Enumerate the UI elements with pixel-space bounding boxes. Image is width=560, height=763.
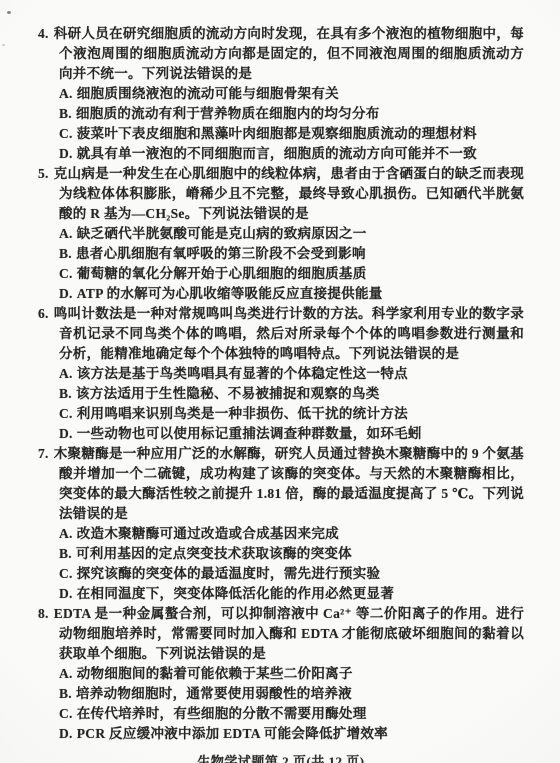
option-d: D.一些动物也可以使用标记重捕法调查种群数量，如环毛蚓: [59, 424, 524, 444]
option-text: 患者心肌细胞有氧呼吸的第三阶段不会受到影响: [76, 246, 366, 261]
option-d: D.PCR 反应缓冲液中添加 EDTA 可能会降低扩增效率: [59, 724, 524, 744]
option-a: A.改造木聚糖酶可通过改造或合成基因来完成: [59, 524, 524, 544]
option-label: D.: [59, 726, 77, 741]
option-label: B.: [59, 546, 76, 561]
option-label: C.: [59, 126, 77, 141]
option-text: 利用鸣唱来识别鸟类是一种非损伤、低干扰的统计方法: [77, 406, 408, 421]
question-6: 6.鸣叫计数法是一种对常规鸣叫鸟类进行计数的方法。科学家利用专业的数字录音机记录…: [38, 304, 524, 444]
option-d: D.ATP 的水解可为心肌收缩等吸能反应直接提供能量: [59, 284, 524, 304]
option-text: 在传代培养时，有些细胞的分散不需要用酶处理: [77, 706, 367, 721]
question-stem-text: 鸣叫计数法是一种对常规鸣叫鸟类进行计数的方法。科学家利用专业的数字录音机记录不同…: [54, 306, 524, 361]
question-8: 8.EDTA 是一种金属螯合剂，可以抑制溶液中 Ca²⁺ 等二价阳离子的作用。进…: [38, 604, 524, 744]
option-text: 培养动物细胞时，通常要使用弱酸性的培养液: [76, 686, 352, 701]
option-c: C.在传代培养时，有些细胞的分散不需要用酶处理: [59, 704, 524, 724]
question-number: 8.: [38, 606, 54, 621]
option-label: D.: [59, 586, 77, 601]
question-stem: 6.鸣叫计数法是一种对常规鸣叫鸟类进行计数的方法。科学家利用专业的数字录音机记录…: [59, 304, 524, 364]
option-text: 改造木聚糖酶可通过改造或合成基因来完成: [77, 526, 339, 541]
option-c: C.利用鸣唱来识别鸟类是一种非损伤、低干扰的统计方法: [59, 404, 524, 424]
option-b: B.该方法适用于生性隐秘、不易被捕捉和观察的鸟类: [59, 384, 524, 404]
question-number: 6.: [38, 306, 54, 321]
option-a: A.动物细胞间的黏着可能依赖于某些二价阳离子: [59, 664, 524, 684]
option-label: C.: [59, 706, 77, 721]
question-stem: 5.克山病是一种发生在心肌细胞中的线粒体病，患者由于含硒蛋白的缺乏而表现为线粒体…: [59, 164, 524, 224]
option-text: 就具有单一液泡的不同细胞而言，细胞质的流动方向可能并不一致: [77, 146, 477, 161]
option-a: A.该方法是基于鸟类鸣唱具有显著的个体稳定性这一特点: [59, 364, 524, 384]
option-text: 该方法是基于鸟类鸣唱具有显著的个体稳定性这一特点: [77, 366, 408, 381]
option-label: C.: [59, 566, 77, 581]
question-stem-text: 科研人员在研究细胞质的流动方向时发现，在具有多个液泡的植物细胞中，每个液泡周围的…: [54, 26, 524, 81]
option-label: D.: [59, 426, 77, 441]
option-a: A.细胞质围绕液泡的流动可能与细胞骨架有关: [59, 84, 524, 104]
option-label: A.: [59, 86, 77, 101]
option-text: 细胞质的流动有利于营养物质在细胞内的均匀分布: [76, 106, 380, 121]
option-d: D.就具有单一液泡的不同细胞而言，细胞质的流动方向可能并不一致: [59, 144, 524, 164]
option-b: B.可利用基因的定点突变技术获取该酶的突变体: [59, 544, 524, 564]
option-text: 菠菜叶下表皮细胞和黑藻叶肉细胞都是观察细胞质流动的理想材料: [77, 126, 477, 141]
option-a: A.缺乏硒代半胱氨酸可能是克山病的致病原因之一: [59, 224, 524, 244]
option-label: B.: [59, 686, 76, 701]
option-text: 该方法适用于生性隐秘、不易被捕捉和观察的鸟类: [76, 386, 380, 401]
option-label: A.: [59, 526, 77, 541]
option-text: 葡萄糖的氧化分解开始于心肌细胞的细胞质基质: [77, 266, 367, 281]
option-b: B.细胞质的流动有利于营养物质在细胞内的均匀分布: [59, 104, 524, 124]
option-text: 动物细胞间的黏着可能依赖于某些二价阳离子: [77, 666, 353, 681]
option-c: C.菠菜叶下表皮细胞和黑藻叶肉细胞都是观察细胞质流动的理想材料: [59, 124, 524, 144]
option-text: 在相同温度下，突变体降低活化能的作用必然更显著: [77, 586, 394, 601]
option-c: C.葡萄糖的氧化分解开始于心肌细胞的细胞质基质: [59, 264, 524, 284]
option-text: 一些动物也可以使用标记重捕法调查种群数量，如环毛蚓: [77, 426, 422, 441]
page-footer: 生物学试题第 2 页(共 12 页): [38, 751, 524, 763]
question-stem: 7.木聚糖酶是一种应用广泛的水解酶，研究人员通过替换木聚糖酶中的 9 个氨基酸并…: [59, 444, 524, 524]
question-4: 4.科研人员在研究细胞质的流动方向时发现，在具有多个液泡的植物细胞中，每个液泡周…: [38, 24, 524, 164]
option-label: A.: [59, 366, 77, 381]
question-stem-text: 克山病是一种发生在心肌细胞中的线粒体病，患者由于含硒蛋白的缺乏而表现为线粒体体积…: [54, 166, 524, 221]
question-stem: 4.科研人员在研究细胞质的流动方向时发现，在具有多个液泡的植物细胞中，每个液泡周…: [59, 24, 524, 84]
option-label: A.: [59, 666, 77, 681]
question-stem-text: 木聚糖酶是一种应用广泛的水解酶，研究人员通过替换木聚糖酶中的 9 个氨基酸并增加…: [54, 446, 524, 521]
option-text: 缺乏硒代半胱氨酸可能是克山病的致病原因之一: [77, 226, 367, 241]
option-label: C.: [59, 406, 77, 421]
option-label: D.: [59, 286, 77, 301]
option-text: 探究该酶的突变体的最适温度时，需先进行预实验: [77, 566, 381, 581]
option-label: D.: [59, 146, 77, 161]
question-number: 7.: [38, 446, 54, 461]
option-c: C.探究该酶的突变体的最适温度时，需先进行预实验: [59, 564, 524, 584]
option-b: B.患者心肌细胞有氧呼吸的第三阶段不会受到影响: [59, 244, 524, 264]
option-label: C.: [59, 266, 77, 281]
question-7: 7.木聚糖酶是一种应用广泛的水解酶，研究人员通过替换木聚糖酶中的 9 个氨基酸并…: [38, 444, 524, 604]
option-d: D.在相同温度下，突变体降低活化能的作用必然更显著: [59, 584, 524, 604]
option-label: A.: [59, 226, 77, 241]
option-text: PCR 反应缓冲液中添加 EDTA 可能会降低扩增效率: [77, 726, 388, 741]
scan-artifact: [2, 44, 5, 46]
option-text: 细胞质围绕液泡的流动可能与细胞骨架有关: [77, 86, 339, 101]
option-text: 可利用基因的定点突变技术获取该酶的突变体: [76, 546, 352, 561]
option-label: B.: [59, 386, 76, 401]
question-number: 5.: [38, 166, 54, 181]
exam-page: 4.科研人员在研究细胞质的流动方向时发现，在具有多个液泡的植物细胞中，每个液泡周…: [0, 0, 560, 763]
option-text: ATP 的水解可为心肌收缩等吸能反应直接提供能量: [77, 286, 383, 301]
option-b: B.培养动物细胞时，通常要使用弱酸性的培养液: [59, 684, 524, 704]
question-stem: 8.EDTA 是一种金属螯合剂，可以抑制溶液中 Ca²⁺ 等二价阳离子的作用。进…: [59, 604, 524, 664]
question-stem-text: EDTA 是一种金属螯合剂，可以抑制溶液中 Ca²⁺ 等二价阳离子的作用。进行动…: [54, 606, 524, 661]
option-label: B.: [59, 246, 76, 261]
scan-artifact: [7, 11, 11, 14]
option-label: B.: [59, 106, 76, 121]
question-list: 4.科研人员在研究细胞质的流动方向时发现，在具有多个液泡的植物细胞中，每个液泡周…: [38, 24, 524, 744]
question-number: 4.: [38, 26, 54, 41]
question-5: 5.克山病是一种发生在心肌细胞中的线粒体病，患者由于含硒蛋白的缺乏而表现为线粒体…: [38, 164, 524, 304]
